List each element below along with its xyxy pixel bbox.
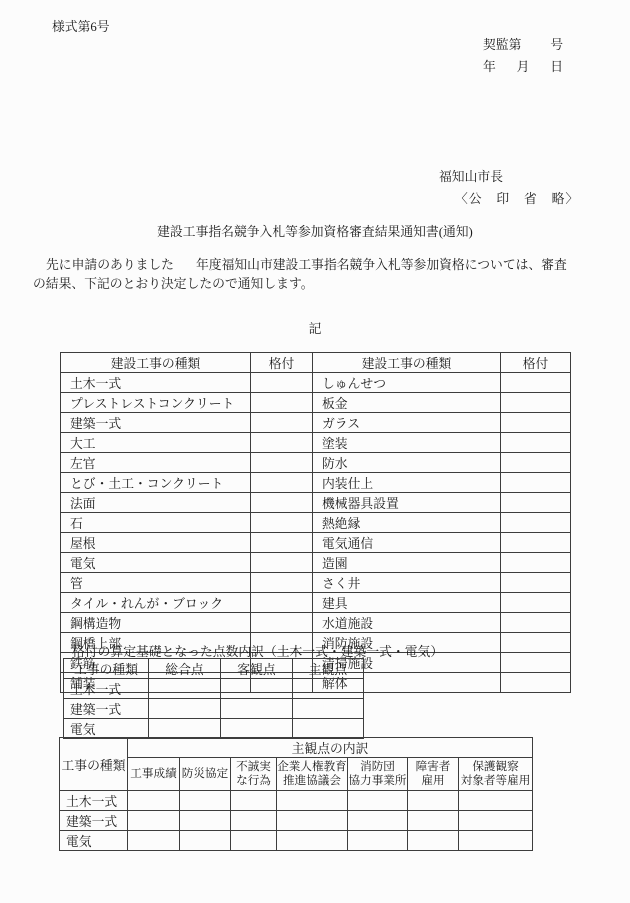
work-type-cell: 建具	[313, 593, 501, 613]
work-type-cell: 板金	[313, 393, 501, 413]
subjective-value-cell	[180, 791, 231, 811]
total-score-cell	[149, 679, 221, 699]
total-score-cell	[149, 719, 221, 739]
score-breakdown-table: 工事の種類 総合点 客観点 主観点 土木一式建築一式電気	[63, 658, 364, 739]
qualification-header-grade-left: 格付	[251, 353, 313, 373]
work-type-cell: しゅんせつ	[313, 373, 501, 393]
date-month-label: 月	[517, 56, 530, 78]
grade-value-cell	[501, 673, 571, 693]
reference-prefix: 契監第	[483, 34, 521, 56]
score-row: 土木一式	[64, 679, 364, 699]
score-header-total: 総合点	[149, 659, 221, 679]
subjective-score-cell	[293, 699, 364, 719]
grade-value-cell	[501, 453, 571, 473]
subheader-probation-employment: 保護観察 対象者等雇用	[459, 758, 533, 791]
subjective-value-cell	[277, 791, 348, 811]
grade-value-cell	[501, 593, 571, 613]
subjective-value-cell	[408, 811, 459, 831]
subheader-human-rights-council: 企業人権教育 推進協議会	[277, 758, 348, 791]
subjective-row: 電気	[60, 831, 533, 851]
objective-score-cell	[221, 679, 293, 699]
work-type-cell: 石	[61, 513, 251, 533]
subheader-disabled-employment: 障害者 雇用	[408, 758, 459, 791]
grade-value-cell	[251, 553, 313, 573]
work-type-cell: 内装仕上	[313, 473, 501, 493]
work-type-cell: 建築一式	[61, 413, 251, 433]
work-type-cell: 鋼構造物	[61, 613, 251, 633]
work-type-cell: 法面	[61, 493, 251, 513]
subjective-group-header-row: 工事の種類 主観点の内訳	[60, 738, 533, 758]
work-type-cell: 屋根	[61, 533, 251, 553]
subjective-value-cell	[459, 791, 533, 811]
grade-value-cell	[501, 493, 571, 513]
reference-number-line: 契監第 号	[483, 34, 563, 56]
objective-score-cell	[221, 699, 293, 719]
qualification-row: 建築一式ガラス	[61, 413, 571, 433]
work-type-cell: 土木一式	[61, 373, 251, 393]
subjective-value-cell	[277, 831, 348, 851]
work-type-cell: さく井	[313, 573, 501, 593]
subjective-group-header: 主観点の内訳	[128, 738, 533, 758]
qualification-row: 左官防水	[61, 453, 571, 473]
work-type-cell: 電気	[64, 719, 149, 739]
work-type-cell: 建築一式	[60, 811, 128, 831]
date-line: 年 月 日	[483, 56, 563, 78]
work-type-cell: 電気通信	[313, 533, 501, 553]
form-number: 様式第6号	[52, 16, 110, 35]
grade-value-cell	[501, 393, 571, 413]
score-header-type: 工事の種類	[64, 659, 149, 679]
body-line1-prefix: 先に申請のありました	[46, 258, 174, 272]
subjective-value-cell	[128, 831, 180, 851]
document-page: 様式第6号 契監第 号 年 月 日 福知山市長 〈公 印 省 略〉 建設工事指名…	[0, 0, 630, 903]
grade-value-cell	[501, 513, 571, 533]
work-type-cell: 左官	[61, 453, 251, 473]
qualification-row: 鋼構造物水道施設	[61, 613, 571, 633]
work-type-cell: タイル・れんが・ブロック	[61, 593, 251, 613]
work-type-cell: 機械器具設置	[313, 493, 501, 513]
work-type-cell: 防水	[313, 453, 501, 473]
grade-value-cell	[251, 493, 313, 513]
subjective-value-cell	[408, 831, 459, 851]
subjective-value-cell	[231, 791, 277, 811]
date-year-label: 年	[483, 56, 496, 78]
work-type-cell: 熱絶縁	[313, 513, 501, 533]
score-row: 電気	[64, 719, 364, 739]
grade-value-cell	[501, 433, 571, 453]
subheader-work-result: 工事成績	[128, 758, 180, 791]
subheader-dishonest-act: 不誠実 な行為	[231, 758, 277, 791]
body-line-2: の結果、下記のとおり決定したので通知します。	[33, 275, 611, 294]
grade-value-cell	[251, 513, 313, 533]
grade-value-cell	[501, 553, 571, 573]
date-day-label: 日	[550, 56, 563, 78]
subjective-value-cell	[231, 811, 277, 831]
qualification-row: 大工塗装	[61, 433, 571, 453]
qualification-row: 屋根電気通信	[61, 533, 571, 553]
reference-suffix: 号	[550, 34, 563, 56]
grade-value-cell	[501, 533, 571, 553]
grade-value-cell	[501, 373, 571, 393]
work-type-cell: 電気	[61, 553, 251, 573]
document-title: 建設工事指名競争入札等参加資格審査結果通知書(通知)	[0, 221, 630, 240]
subjective-value-cell	[180, 831, 231, 851]
work-type-cell: 土木一式	[64, 679, 149, 699]
grade-value-cell	[501, 573, 571, 593]
qualification-row: 管さく井	[61, 573, 571, 593]
qualification-header-grade-right: 格付	[501, 353, 571, 373]
grade-value-cell	[251, 473, 313, 493]
grade-value-cell	[251, 373, 313, 393]
subjective-value-cell	[348, 831, 408, 851]
work-type-cell: 建築一式	[64, 699, 149, 719]
objective-score-cell	[221, 719, 293, 739]
grade-value-cell	[501, 633, 571, 653]
grade-value-cell	[501, 413, 571, 433]
subjective-row: 土木一式	[60, 791, 533, 811]
total-score-cell	[149, 699, 221, 719]
subjective-value-cell	[231, 831, 277, 851]
qualification-row: タイル・れんが・ブロック建具	[61, 593, 571, 613]
score-header-subjective: 主観点	[293, 659, 364, 679]
grade-value-cell	[501, 613, 571, 633]
work-type-cell: 塗装	[313, 433, 501, 453]
subjective-row-header: 工事の種類	[60, 738, 128, 791]
grade-value-cell	[251, 593, 313, 613]
subjective-subheader-row: 工事成績 防災協定 不誠実 な行為 企業人権教育 推進協議会 消防団 協力事業所…	[60, 758, 533, 791]
work-type-cell: 水道施設	[313, 613, 501, 633]
score-row: 建築一式	[64, 699, 364, 719]
grade-value-cell	[501, 653, 571, 673]
grade-value-cell	[251, 613, 313, 633]
grade-value-cell	[501, 473, 571, 493]
body-line-1: 先に申請のありました年度福知山市建設工事指名競争入札等参加資格については、審査	[33, 256, 611, 275]
grade-value-cell	[251, 533, 313, 553]
grade-value-cell	[251, 433, 313, 453]
qualification-header-type-right: 建設工事の種類	[313, 353, 501, 373]
subjective-value-cell	[128, 811, 180, 831]
subjective-value-cell	[459, 831, 533, 851]
record-heading: 記	[0, 318, 630, 337]
qualification-row: 土木一式しゅんせつ	[61, 373, 571, 393]
qualification-row: プレストレストコンクリート板金	[61, 393, 571, 413]
work-type-cell: ガラス	[313, 413, 501, 433]
grade-value-cell	[251, 453, 313, 473]
work-type-cell: 大工	[61, 433, 251, 453]
subjective-detail-table: 工事の種類 主観点の内訳 工事成績 防災協定 不誠実 な行為 企業人権教育 推進…	[59, 737, 533, 851]
work-type-cell: 電気	[60, 831, 128, 851]
qualification-row: とび・土工・コンクリート内装仕上	[61, 473, 571, 493]
subjective-value-cell	[128, 791, 180, 811]
reference-block: 契監第 号 年 月 日	[483, 34, 563, 78]
score-table-header-row: 工事の種類 総合点 客観点 主観点	[64, 659, 364, 679]
subjective-value-cell	[459, 811, 533, 831]
body-line1-suffix: 年度福知山市建設工事指名競争入札等参加資格については、審査	[196, 258, 567, 272]
subjective-value-cell	[348, 791, 408, 811]
qualification-header-row: 建設工事の種類 格付 建設工事の種類 格付	[61, 353, 571, 373]
work-type-cell: プレストレストコンクリート	[61, 393, 251, 413]
qualification-row: 法面機械器具設置	[61, 493, 571, 513]
work-type-cell: 管	[61, 573, 251, 593]
subjective-value-cell	[408, 791, 459, 811]
grade-value-cell	[251, 393, 313, 413]
subjective-value-cell	[277, 811, 348, 831]
grade-value-cell	[251, 413, 313, 433]
subjective-table-body: 土木一式建築一式電気	[60, 791, 533, 851]
body-paragraph: 先に申請のありました年度福知山市建設工事指名競争入札等参加資格については、審査 …	[33, 256, 611, 294]
subjective-value-cell	[348, 811, 408, 831]
qualification-row: 石熱絶縁	[61, 513, 571, 533]
subheader-fire-brigade-support: 消防団 協力事業所	[348, 758, 408, 791]
subjective-value-cell	[180, 811, 231, 831]
qualification-header-type-left: 建設工事の種類	[61, 353, 251, 373]
score-header-objective: 客観点	[221, 659, 293, 679]
subjective-row: 建築一式	[60, 811, 533, 831]
qualification-row: 電気造園	[61, 553, 571, 573]
work-type-cell: 土木一式	[60, 791, 128, 811]
sender-name: 福知山市長	[439, 166, 503, 185]
grade-value-cell	[251, 573, 313, 593]
subjective-score-cell	[293, 679, 364, 699]
work-type-cell: とび・土工・コンクリート	[61, 473, 251, 493]
subheader-disaster-agreement: 防災協定	[180, 758, 231, 791]
subjective-score-cell	[293, 719, 364, 739]
score-table-body: 土木一式建築一式電気	[64, 679, 364, 739]
work-type-cell: 造園	[313, 553, 501, 573]
seal-omitted-note: 〈公 印 省 略〉	[455, 188, 579, 207]
